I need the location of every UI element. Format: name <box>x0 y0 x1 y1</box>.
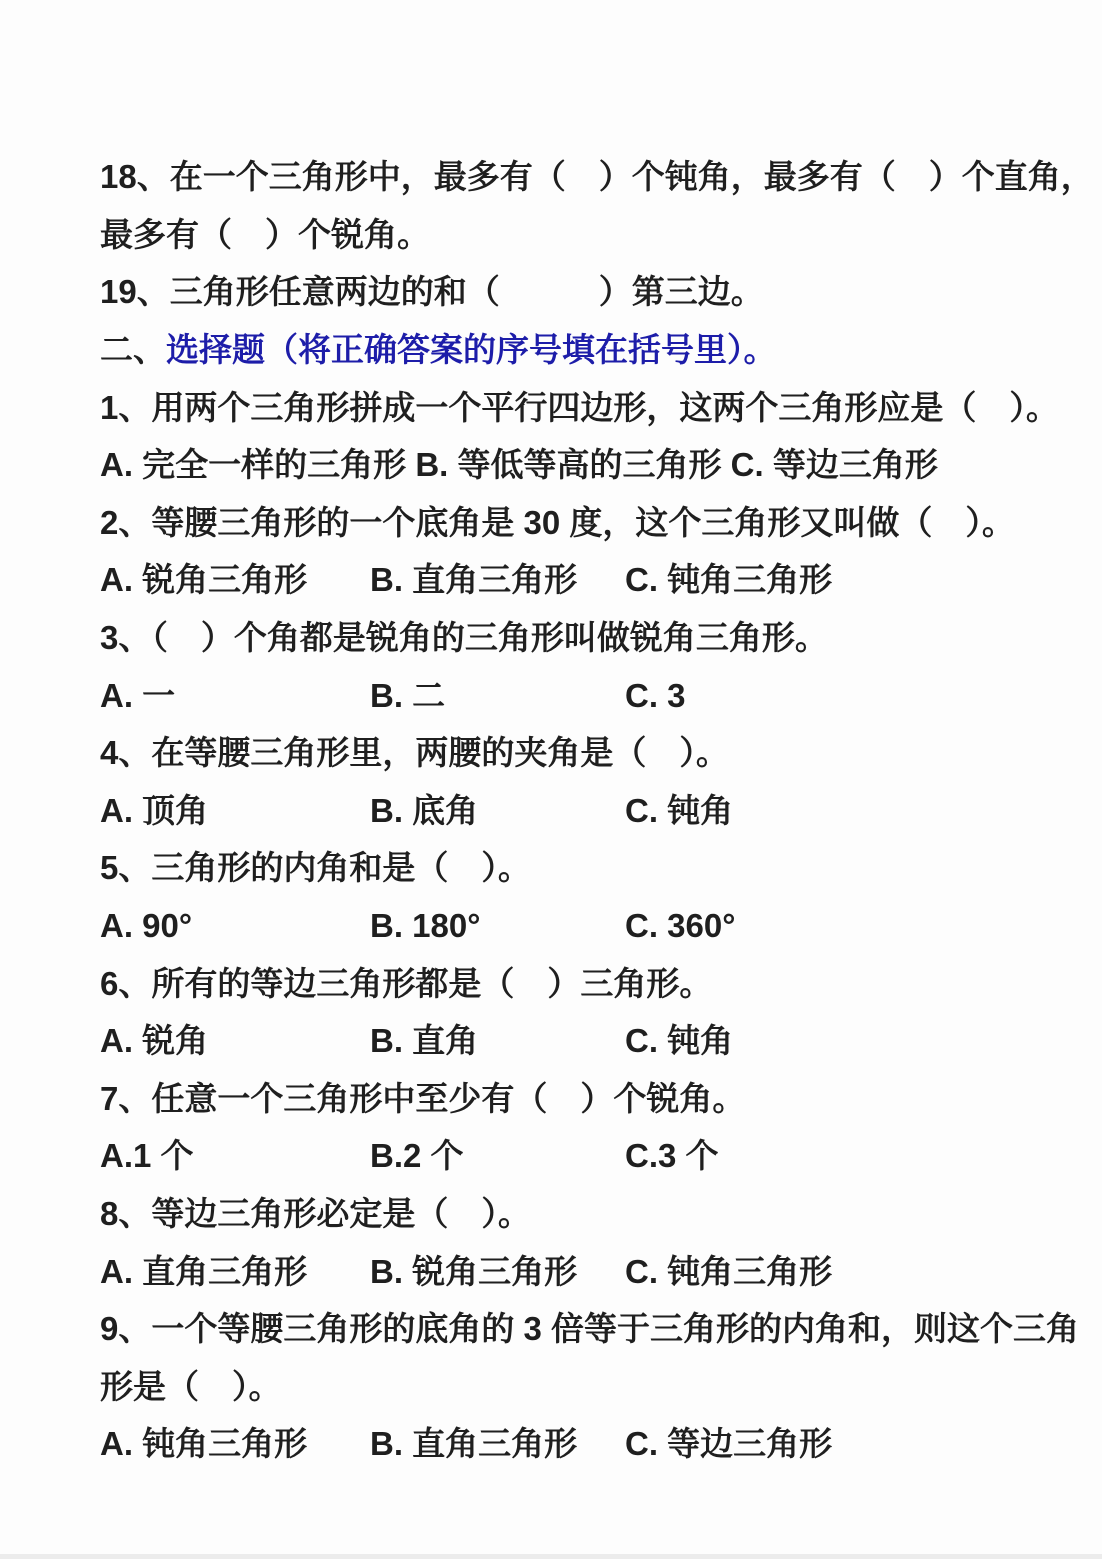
choice-q5-options: A. 90° B. 180° C. 360° <box>100 897 1042 955</box>
choice-q3-options: A. 一 B. 二 C. 3 <box>100 666 1042 724</box>
choice-q4-option-c: C. 钝角 <box>625 794 1042 827</box>
choice-q8-stem: 8、等边三角形必定是（ ）。 <box>100 1185 1042 1243</box>
choice-q8-option-a: A. 直角三角形 <box>100 1255 370 1288</box>
choice-q7-option-b: B.2 个 <box>370 1139 625 1172</box>
section-header-title: 选择题（将正确答案的序号填在括号里）。 <box>166 333 777 366</box>
choice-q2-option-c: C. 钝角三角形 <box>625 563 1042 596</box>
choice-q9-stem-line1: 9、一个等腰三角形的底角的 3 倍等于三角形的内角和，则这个三角 <box>100 1300 1042 1358</box>
choice-q6-stem: 6、所有的等边三角形都是（ ）三角形。 <box>100 954 1042 1012</box>
choice-q6-option-c: C. 钝角 <box>625 1024 1042 1057</box>
choice-q4-options: A. 顶角 B. 底角 C. 钝角 <box>100 782 1042 840</box>
choice-section-header: 二、 选择题（将正确答案的序号填在括号里）。 <box>100 321 1042 379</box>
choice-q9-option-b: B. 直角三角形 <box>370 1427 625 1460</box>
choice-q1-stem: 1、用两个三角形拼成一个平行四边形，这两个三角形应是（ ）。 <box>100 378 1042 436</box>
choice-q5-option-a: A. 90° <box>100 909 370 942</box>
choice-q3-stem: 3、（ ）个角都是锐角的三角形叫做锐角三角形。 <box>100 609 1042 667</box>
choice-q6-option-b: B. 直角 <box>370 1024 625 1057</box>
choice-q7-option-a: A.1 个 <box>100 1139 370 1172</box>
choice-q5-option-c: C. 360° <box>625 909 1042 942</box>
choice-q8-option-c: C. 钝角三角形 <box>625 1255 1042 1288</box>
choice-q8-options: A. 直角三角形 B. 锐角三角形 C. 钝角三角形 <box>100 1242 1042 1300</box>
choice-q2-option-a: A. 锐角三角形 <box>100 563 370 596</box>
fill-question-18-line2: 最多有（ ）个锐角。 <box>100 206 1042 264</box>
choice-q2-options: A. 锐角三角形 B. 直角三角形 C. 钝角三角形 <box>100 551 1042 609</box>
section-header-prefix: 二、 <box>100 333 166 366</box>
choice-q1-options-inline: A. 完全一样的三角形 B. 等低等高的三角形 C. 等边三角形 <box>100 436 1042 494</box>
choice-q9-stem-line2: 形是（ ）。 <box>100 1357 1042 1415</box>
choice-q8-option-b: B. 锐角三角形 <box>370 1255 625 1288</box>
worksheet-page: 18、在一个三角形中，最多有（ ）个钝角，最多有（ ）个直角， 最多有（ ）个锐… <box>0 0 1102 1559</box>
fill-question-19: 19、三角形任意两边的和（ ）第三边。 <box>100 263 1042 321</box>
choice-q7-options: A.1 个 B.2 个 C.3 个 <box>100 1127 1042 1185</box>
choice-q7-option-c: C.3 个 <box>625 1139 1042 1172</box>
choice-q9-options: A. 钝角三角形 B. 直角三角形 C. 等边三角形 <box>100 1415 1042 1473</box>
choice-q4-option-b: B. 底角 <box>370 794 625 827</box>
choice-q9-option-a: A. 钝角三角形 <box>100 1427 370 1460</box>
choice-q2-option-b: B. 直角三角形 <box>370 563 625 596</box>
fill-question-18-line1: 18、在一个三角形中，最多有（ ）个钝角，最多有（ ）个直角， <box>100 148 1042 206</box>
choice-q6-options: A. 锐角 B. 直角 C. 钝角 <box>100 1012 1042 1070</box>
choice-q6-option-a: A. 锐角 <box>100 1024 370 1057</box>
choice-q5-stem: 5、三角形的内角和是（ ）。 <box>100 839 1042 897</box>
choice-q4-stem: 4、在等腰三角形里，两腰的夹角是（ ）。 <box>100 724 1042 782</box>
choice-q2-stem: 2、等腰三角形的一个底角是 30 度，这个三角形又叫做（ ）。 <box>100 494 1042 552</box>
choice-q7-stem: 7、任意一个三角形中至少有（ ）个锐角。 <box>100 1070 1042 1128</box>
choice-q3-option-b: B. 二 <box>370 679 625 712</box>
choice-q3-option-a: A. 一 <box>100 679 370 712</box>
choice-q9-option-c: C. 等边三角形 <box>625 1427 1042 1460</box>
choice-q5-option-b: B. 180° <box>370 909 625 942</box>
choice-q3-option-c: C. 3 <box>625 679 1042 712</box>
choice-q4-option-a: A. 顶角 <box>100 794 370 827</box>
